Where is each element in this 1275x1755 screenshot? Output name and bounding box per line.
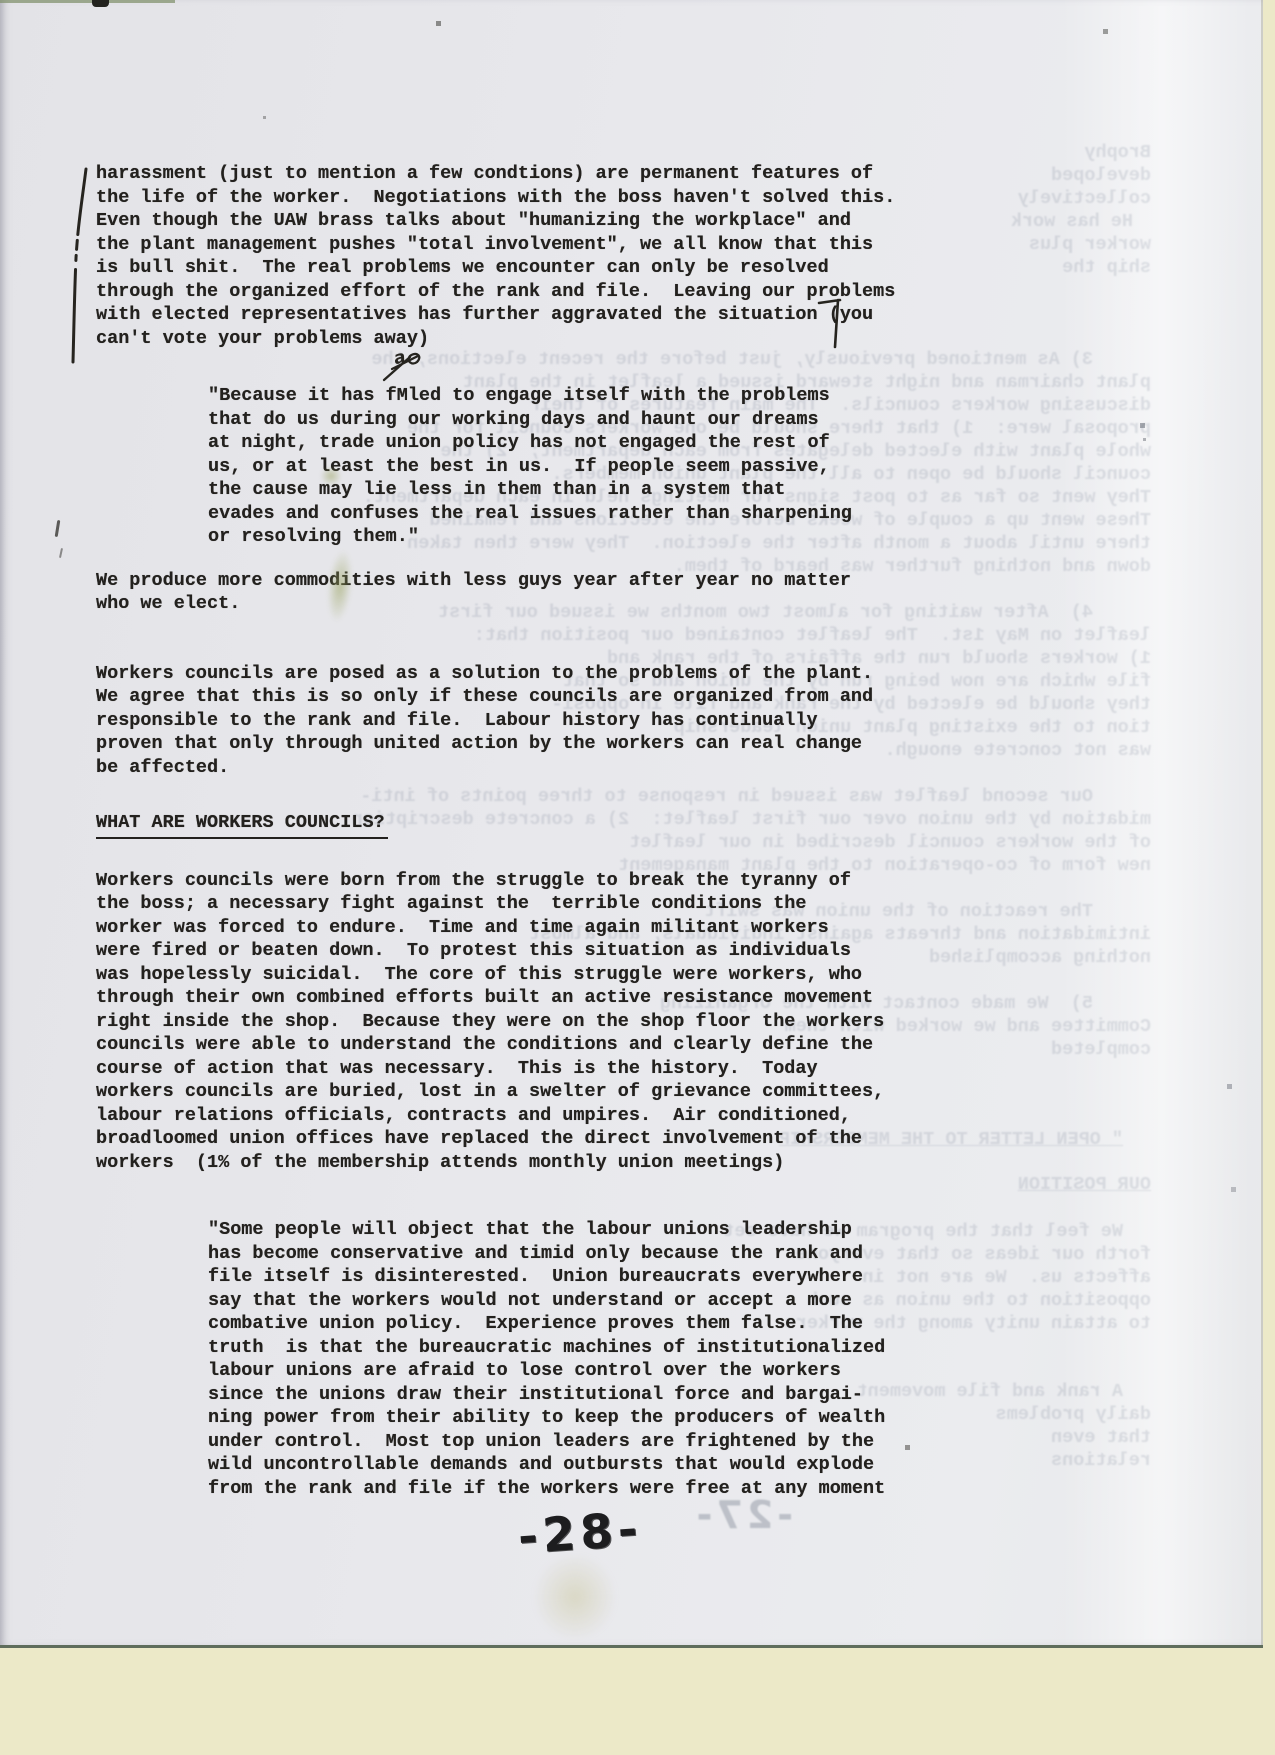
- typed-line: at night, trade union policy has not eng…: [208, 431, 895, 455]
- bleedthrough-line: relations: [1051, 1449, 1151, 1473]
- bleedthrough-line: worker plus: [1029, 233, 1151, 257]
- typed-line: broadloomed union offices have replaced …: [96, 1127, 895, 1151]
- paragraph-2: We produce more commodities with less gu…: [96, 569, 895, 616]
- typed-line: ning power from their ability to keep th…: [208, 1406, 895, 1430]
- typed-line: through the organized effort of the rank…: [96, 280, 895, 304]
- bleedthrough-line: Brophy: [1084, 141, 1151, 165]
- typed-line: the cause may lie less in them than in a…: [208, 478, 895, 502]
- typewritten-content: harassment (just to mention a few condti…: [96, 162, 895, 1500]
- typed-line: workers (1% of the membership attends mo…: [96, 1151, 895, 1175]
- bleedthrough-line: that even: [1051, 1426, 1151, 1450]
- typed-line: truth is that the bureaucratic machines …: [208, 1336, 895, 1360]
- typed-line: We agree that this is so only if these c…: [96, 685, 895, 709]
- typed-line: who we elect.: [96, 592, 895, 616]
- typed-line: responsible to the rank and file. Labour…: [96, 709, 895, 733]
- bleedthrough-line: OUR POSITION: [1018, 1173, 1151, 1197]
- section-heading-text: WHAT ARE WORKERS COUNCILS?: [96, 811, 388, 839]
- typed-line: councils were able to understand the con…: [96, 1033, 895, 1057]
- typed-line: wild uncontrollable demands and outburst…: [208, 1453, 895, 1477]
- bleedthrough-line: nothing accomplished: [929, 946, 1151, 970]
- typed-line: proven that only through united action b…: [96, 732, 895, 756]
- typed-line: under control. Most top union leaders ar…: [208, 1430, 895, 1454]
- bleedthrough-line: was not concrete enough.: [885, 739, 1151, 763]
- bleedthrough-line: developed: [1051, 164, 1151, 188]
- typed-line: be affected.: [96, 756, 895, 780]
- typed-line: has become conservative and timid only b…: [208, 1242, 895, 1266]
- section-heading: WHAT ARE WORKERS COUNCILS?: [96, 811, 895, 839]
- document-page: BrophydevelopedcollectivelyHe has workwo…: [0, 0, 1263, 1648]
- typed-line: through their own combined efforts built…: [96, 986, 895, 1010]
- typed-line: were fired or beaten down. To protest th…: [96, 939, 895, 963]
- typed-line: that do us during our working days and h…: [208, 408, 895, 432]
- handwritten-margin-stroke: [62, 166, 98, 366]
- bleedthrough-line: collectively: [1018, 187, 1151, 211]
- quote-block-2: "Some people will object that the labour…: [208, 1218, 895, 1500]
- typed-line: right inside the shop. Because they were…: [96, 1010, 895, 1034]
- typed-line: the boss; a necessary fight against the …: [96, 892, 895, 916]
- paper-stain: [533, 1553, 617, 1641]
- typed-line: labour relations officials, contracts an…: [96, 1104, 895, 1128]
- typed-line: Even though the UAW brass talks about "h…: [96, 209, 895, 233]
- typed-line: Workers councils are posed as a solution…: [96, 662, 895, 686]
- bleedthrough-line: ship the: [1062, 256, 1151, 280]
- bleedthrough-line: He has work: [1011, 210, 1133, 234]
- typed-line: "Some people will object that the labour…: [208, 1218, 895, 1242]
- typed-line: is bull shit. The real problems we encou…: [96, 256, 895, 280]
- typed-line: evades and confuses the real issues rath…: [208, 502, 895, 526]
- typed-line: us, or at least the best in us. If peopl…: [208, 455, 895, 479]
- quote-block-1: "Because it has fMled to engage itself w…: [208, 384, 895, 549]
- edge-mark: [92, 0, 109, 7]
- paragraph-1: harassment (just to mention a few condti…: [96, 162, 895, 350]
- typed-line: since the unions draw their institutiona…: [208, 1383, 895, 1407]
- paragraph-3: Workers councils are posed as a solution…: [96, 662, 895, 780]
- bleedthrough-line: A rank and file movement: [857, 1380, 1123, 1404]
- bleedthrough-line: completed: [1051, 1038, 1151, 1062]
- typed-line: labour unions are afraid to lose control…: [208, 1359, 895, 1383]
- typed-line: file itself is disinterested. Union bure…: [208, 1265, 895, 1289]
- typed-line: from the rank and file if the workers we…: [208, 1477, 895, 1501]
- typed-line: the plant management pushes "total invol…: [96, 233, 895, 257]
- page-number: -28-: [516, 1502, 644, 1566]
- page-top-edge: [0, 0, 175, 3]
- typed-line: combative union policy. Experience prove…: [208, 1312, 895, 1336]
- scanned-photograph: BrophydevelopedcollectivelyHe has workwo…: [0, 0, 1275, 1755]
- bleedthrough-line: daily problems: [996, 1403, 1151, 1427]
- typed-line: course of action that was necessary. Thi…: [96, 1057, 895, 1081]
- typed-line: We produce more commodities with less gu…: [96, 569, 895, 593]
- handwritten-tick-mark: [55, 520, 61, 537]
- typed-line: Workers councils were born from the stru…: [96, 869, 895, 893]
- paragraph-4: Workers councils were born from the stru…: [96, 869, 895, 1175]
- typed-line: worker was forced to endure. Time and ti…: [96, 916, 895, 940]
- bleedthrough-line: affects us. We are not in: [862, 1266, 1151, 1290]
- typed-line: the life of the worker. Negotiations wit…: [96, 186, 895, 210]
- typed-line: "Because it has fMled to engage itself w…: [208, 384, 895, 408]
- typed-line: can't vote your problems away): [96, 327, 895, 351]
- typed-line: harassment (just to mention a few condti…: [96, 162, 895, 186]
- typed-line: was hopelessly suicidal. The core of thi…: [96, 963, 895, 987]
- typed-line: workers councils are buried, lost in a s…: [96, 1080, 895, 1104]
- typed-line: with elected representatives has further…: [96, 303, 895, 327]
- bleedthrough-line: -27-: [693, 1504, 793, 1528]
- typed-line: say that the workers would not understan…: [208, 1289, 895, 1313]
- typed-line: or resolving them.": [208, 525, 895, 549]
- handwritten-tick-mark: [59, 548, 63, 558]
